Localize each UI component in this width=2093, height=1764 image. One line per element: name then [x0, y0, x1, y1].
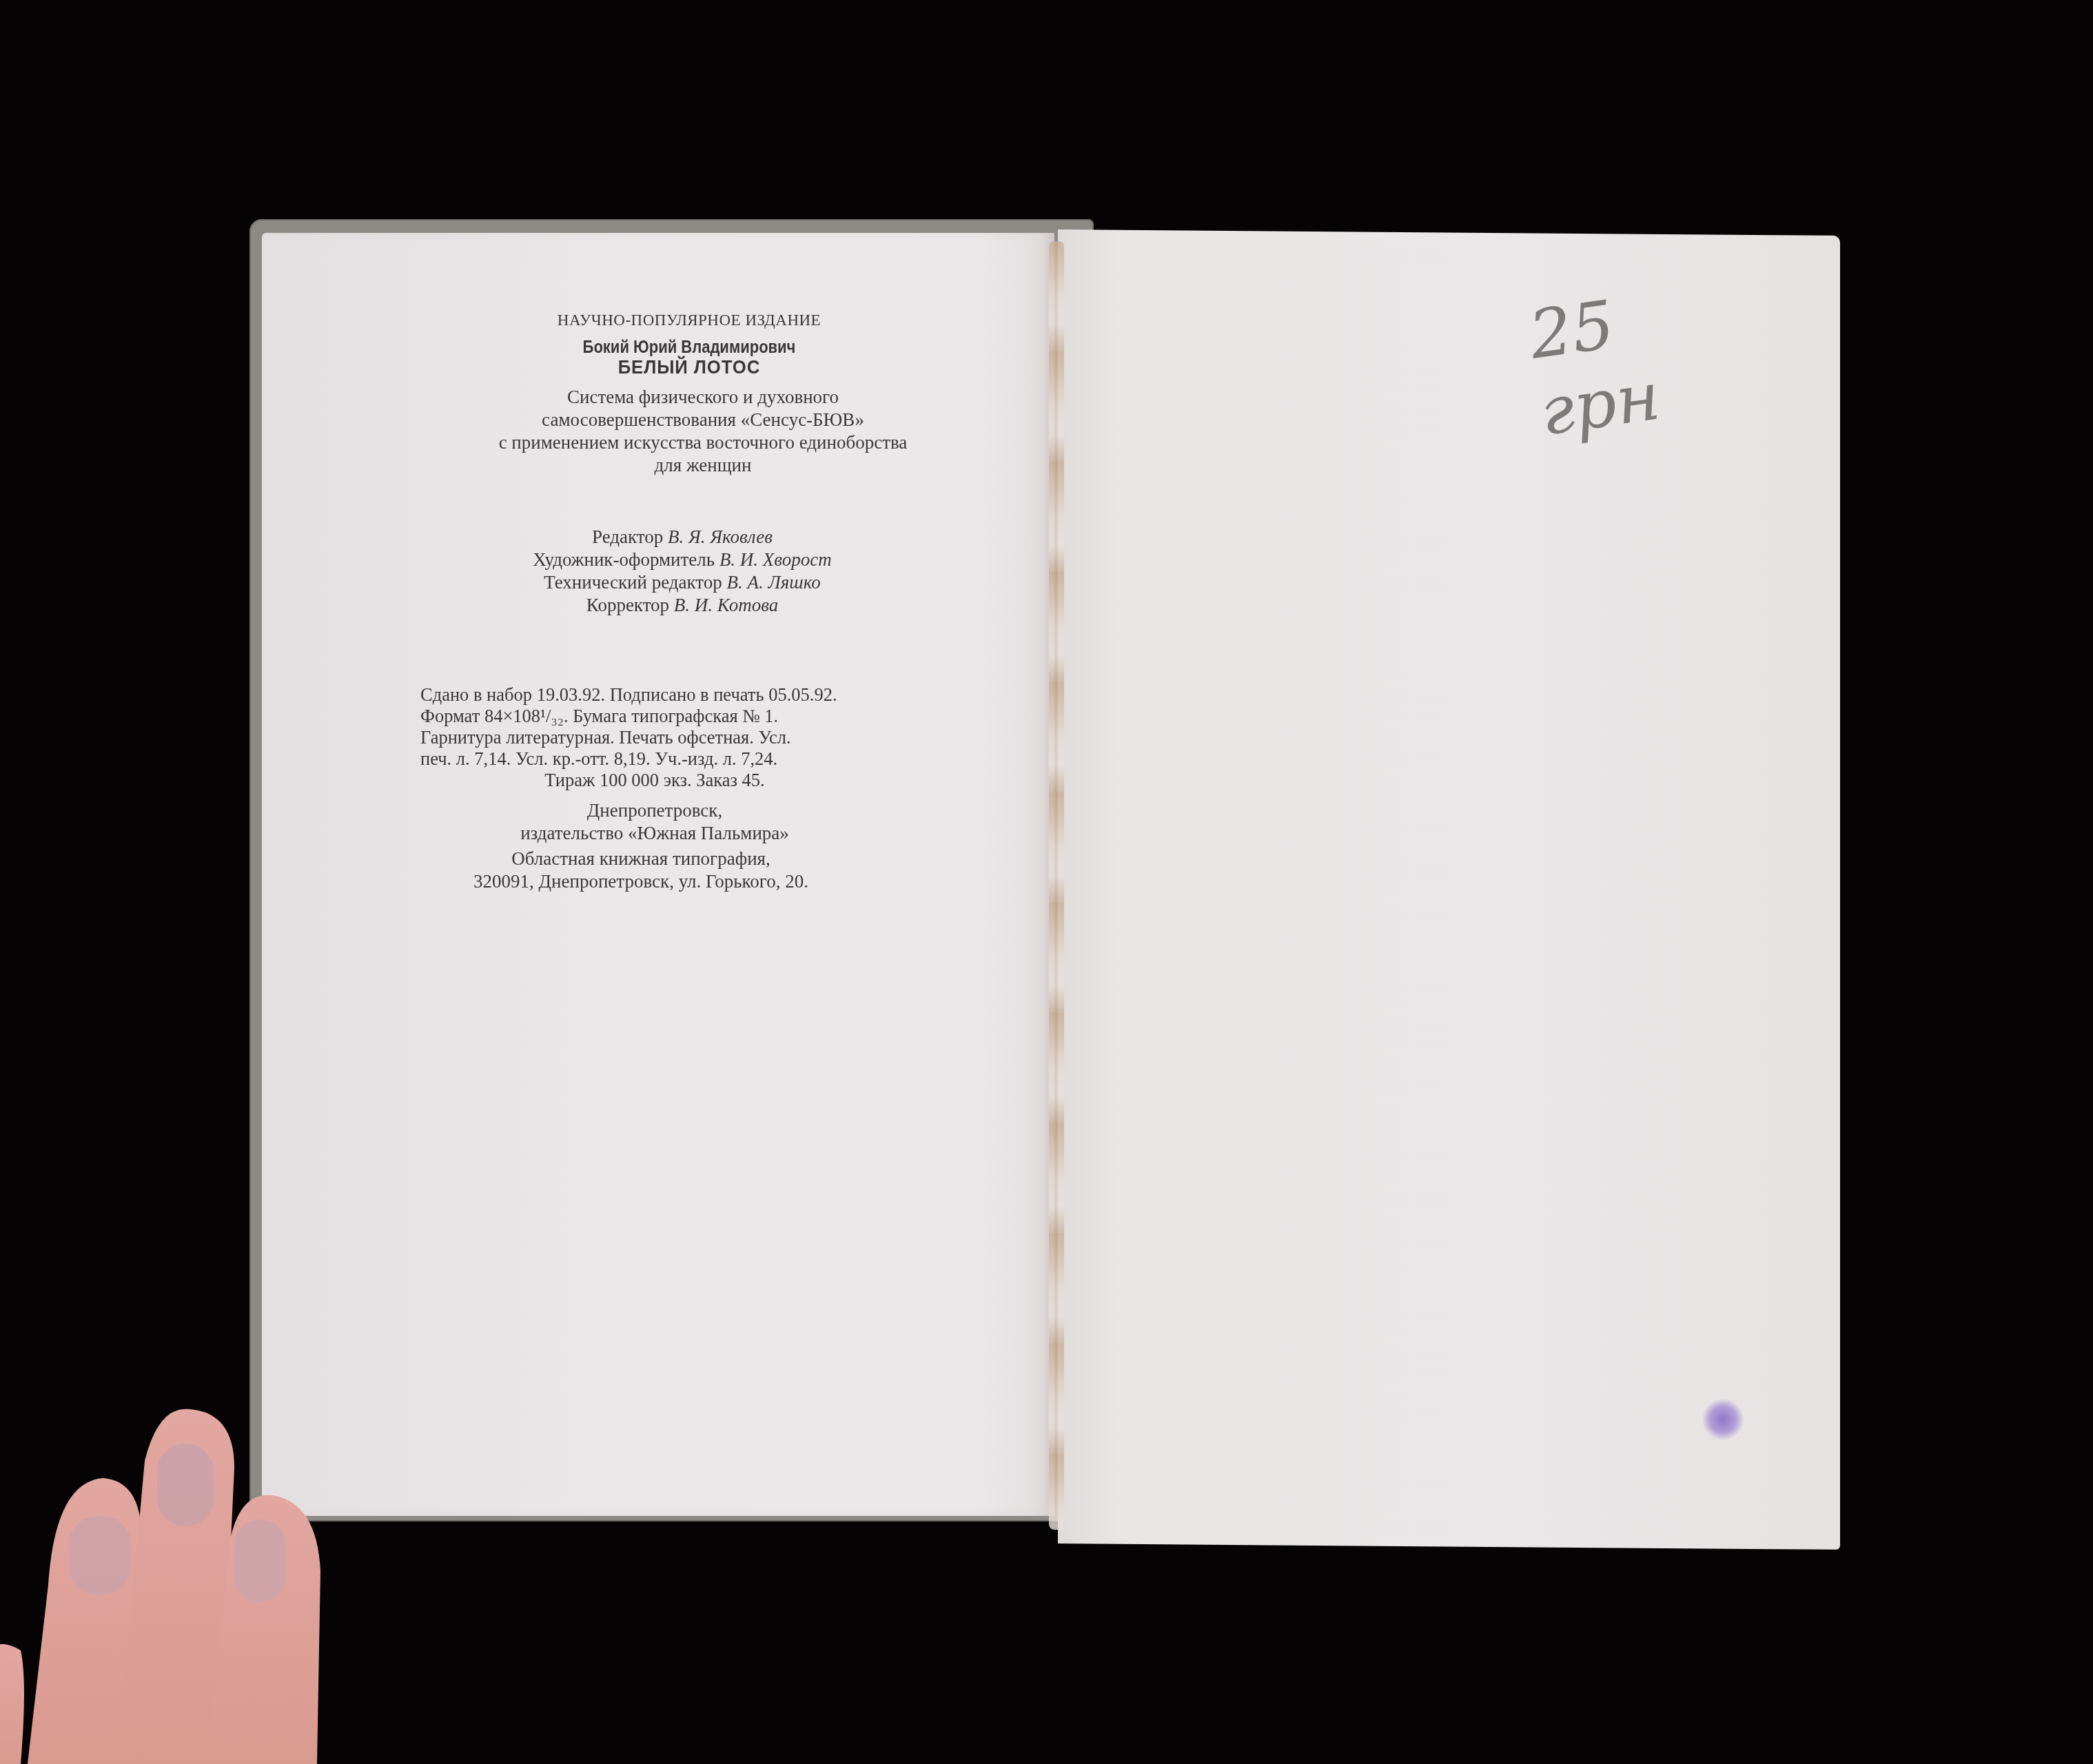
imprint-block: Сдано в набор 19.03.92. Подписано в печа… — [420, 684, 889, 791]
imprint-line: Сдано в набор 19.03.92. Подписано в печа… — [420, 684, 889, 706]
series-label: НАУЧНО-ПОПУЛЯРНОЕ ИЗДАНИЕ — [482, 309, 896, 331]
handwritten-price: 25 грн — [1525, 269, 1749, 434]
credit-name: В. А. Ляшко — [726, 572, 820, 593]
imprint-line: Гарнитура литературная. Печать офсетная.… — [420, 727, 889, 748]
publisher-block: Днепропетровск, издательство «Южная Паль… — [441, 799, 868, 845]
printer-line: Областная книжная типография, — [427, 848, 855, 870]
description-line: для женщин — [441, 454, 965, 477]
description-line: с применением искусства восточного едино… — [441, 431, 965, 454]
credit-role: Технический редактор — [544, 572, 722, 593]
printer-block: Областная книжная типография, 320091, Дн… — [427, 848, 855, 893]
publisher-line: Днепропетровск, — [441, 799, 868, 822]
credit-role: Редактор — [592, 526, 663, 547]
book-title: БЕЛЫЙ ЛОТОС — [499, 356, 879, 378]
publisher-line: издательство «Южная Пальмира» — [441, 822, 868, 845]
imprint-line: Формат 84×108¹/₃₂. Бумага типографская №… — [420, 706, 889, 727]
credit-designer: Художник-оформитель В. И. Хворост — [441, 548, 923, 571]
credit-name: В. И. Котова — [674, 595, 778, 615]
description-line: самосовершенствования «Сенсус-БЮВ» — [441, 409, 965, 431]
credit-proofreader: Корректор В. И. Котова — [441, 594, 923, 617]
book-description: Система физического и духовного самосове… — [441, 386, 965, 477]
printer-line: 320091, Днепропетровск, ул. Горького, 20… — [427, 870, 855, 893]
imprint-line: Тираж 100 000 экз. Заказ 45. — [420, 770, 889, 791]
book-gutter — [1049, 241, 1064, 1530]
imprint-line: печ. л. 7,14. Усл. кр.-отт. 8,19. Уч.-из… — [420, 748, 889, 770]
description-line: Система физического и духовного — [441, 386, 965, 409]
credit-tech-editor: Технический редактор В. А. Ляшко — [441, 571, 923, 594]
ink-stamp-mark — [1702, 1399, 1744, 1440]
credit-name: В. И. Хворост — [719, 549, 832, 570]
credit-editor: Редактор В. Я. Яковлев — [441, 526, 923, 548]
hand-fingers — [0, 1378, 324, 1764]
credit-name: В. Я. Яковлев — [668, 526, 773, 547]
credit-role: Художник-оформитель — [533, 549, 715, 570]
open-book: НАУЧНО-ПОПУЛЯРНОЕ ИЗДАНИЕ Бокий Юрий Вла… — [0, 0, 2093, 1764]
credits-block: Редактор В. Я. Яковлев Художник-оформите… — [441, 526, 923, 617]
credit-role: Корректор — [586, 595, 669, 615]
right-page — [1058, 229, 1840, 1550]
